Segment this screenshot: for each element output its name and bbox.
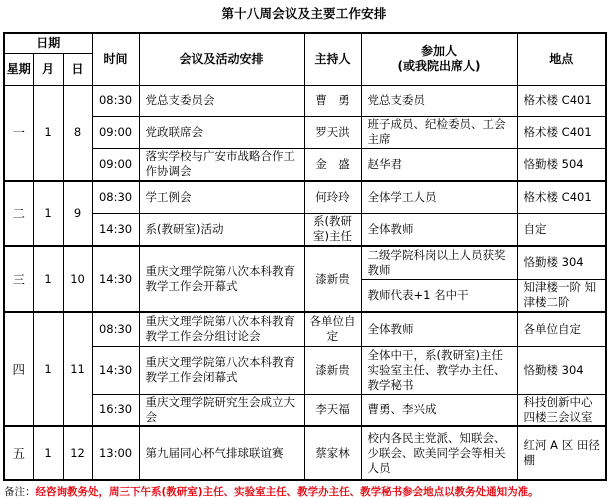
meeting-cell: 落实学校与广安市战略合作工作协调会 [139, 148, 304, 181]
meeting-cell: 重庆文理学院第八次本科教育教学工作会开幕式 [139, 246, 304, 312]
weekday-cell: 一 [4, 85, 33, 181]
month-cell: 1 [33, 181, 63, 246]
table-row: 一 1 8 08:30 党总支委员会 曹 勇 党总支委员 格术楼 C401 [4, 85, 606, 116]
host-cell: 李天福 [304, 394, 361, 426]
weekday-cell: 五 [4, 426, 33, 480]
day-cell: 8 [63, 85, 92, 181]
meeting-cell: 学工例会 [139, 181, 304, 213]
table-row: 16:30 重庆文理学院研究生会成立大会 李天福 曹勇、李兴成 科技创新中心四楼… [4, 394, 606, 426]
time-cell: 08:30 [92, 85, 139, 116]
meeting-cell: 重庆文理学院研究生会成立大会 [139, 394, 304, 426]
location-cell: 自定 [517, 213, 606, 246]
host-cell: 何玲玲 [304, 181, 361, 213]
location-cell: 恪勤楼 304 [517, 346, 606, 394]
time-cell: 08:30 [92, 181, 139, 213]
table-row: 09:00 落实学校与广安市战略合作工作协调会 金 盛 赵华君 恪勤楼 504 [4, 148, 606, 181]
header-host: 主持人 [304, 33, 361, 85]
footer-note: 备注：经咨询教务处，周三下午系(教研室)主任、实验室主任、教学办主任、教学秘书参… [4, 484, 608, 499]
header-month: 月 [33, 53, 63, 85]
time-cell: 14:30 [92, 246, 139, 312]
page-title: 第十八周会议及主要工作安排 [0, 4, 608, 22]
attendees-cell: 党总支委员 [361, 85, 517, 116]
footer-text: 经咨询教务处，周三下午系(教研室)主任、实验室主任、教学办主任、教学秘书参会地点… [36, 486, 539, 498]
table-row: 二 1 9 08:30 学工例会 何玲玲 全体学工人员 格术楼 C401 [4, 181, 606, 213]
time-cell: 09:00 [92, 148, 139, 181]
day-cell: 10 [63, 246, 92, 312]
weekday-cell: 四 [4, 312, 33, 426]
header-location: 地点 [517, 33, 606, 85]
meeting-cell: 党政联席会 [139, 116, 304, 148]
footer-label: 备注： [4, 486, 36, 498]
host-cell: 各单位自定 [304, 312, 361, 346]
attendees-cell: 全体教师 [361, 213, 517, 246]
table-row: 14:30 系(教研室)活动 系(教研室)主任 全体教师 自定 [4, 213, 606, 246]
header-attendees: 参加人 (或我院出席人) [361, 33, 517, 85]
time-cell: 14:30 [92, 213, 139, 246]
header-time: 时间 [92, 33, 139, 85]
month-cell: 1 [33, 312, 63, 426]
time-cell: 09:00 [92, 116, 139, 148]
day-cell: 12 [63, 426, 92, 480]
table-row: 四 1 11 08:30 重庆文理学院第八次本科教育教学工作会分组讨论会 各单位… [4, 312, 606, 346]
location-cell: 恪勤楼 304 [517, 246, 606, 279]
attendees-cell: 全体教师 [361, 312, 517, 346]
table-row: 09:00 党政联席会 罗天洪 班子成员、纪检委员、工会主席 格术楼 C401 [4, 116, 606, 148]
month-cell: 1 [33, 246, 63, 312]
meeting-cell: 第九届同心杯气排球联谊赛 [139, 426, 304, 480]
attendees-cell: 全体中干，系(教研室)主任实验室主任、教学办主任、教学秘书 [361, 346, 517, 394]
header-date-group: 日期 [4, 33, 92, 53]
location-cell: 各单位自定 [517, 312, 606, 346]
attendees-cell: 班子成员、纪检委员、工会主席 [361, 116, 517, 148]
location-cell: 格术楼 C401 [517, 85, 606, 116]
table-row: 三 1 10 14:30 重庆文理学院第八次本科教育教学工作会开幕式 漆新贵 二… [4, 246, 606, 279]
month-cell: 1 [33, 426, 63, 480]
attendees-cell: 校内各民主党派、知联会、少联会、欧美同学会等相关人员 [361, 426, 517, 480]
meeting-cell: 重庆文理学院第八次本科教育教学工作会分组讨论会 [139, 312, 304, 346]
table-row: 五 1 12 13:00 第九届同心杯气排球联谊赛 蔡家林 校内各民主党派、知联… [4, 426, 606, 480]
month-cell: 1 [33, 85, 63, 181]
location-cell: 知津楼一阶 知津楼二阶 [517, 279, 606, 312]
header-attendees-line2: (或我院出席人) [365, 59, 514, 74]
host-cell: 曹 勇 [304, 85, 361, 116]
day-cell: 9 [63, 181, 92, 246]
location-cell: 格术楼 C401 [517, 116, 606, 148]
meeting-cell: 重庆文理学院第八次本科教育教学工作会闭幕式 [139, 346, 304, 394]
schedule-table: 日期 时间 会议及活动安排 主持人 参加人 (或我院出席人) 地点 星期 月 日… [3, 32, 607, 481]
time-cell: 16:30 [92, 394, 139, 426]
attendees-cell: 教师代表+1 名中干 [361, 279, 517, 312]
time-cell: 14:30 [92, 346, 139, 394]
header-weekday: 星期 [4, 53, 33, 85]
time-cell: 13:00 [92, 426, 139, 480]
weekday-cell: 二 [4, 181, 33, 246]
weekday-cell: 三 [4, 246, 33, 312]
host-cell: 漆新贵 [304, 346, 361, 394]
location-cell: 恪勤楼 504 [517, 148, 606, 181]
attendees-cell: 赵华君 [361, 148, 517, 181]
host-cell: 系(教研室)主任 [304, 213, 361, 246]
day-cell: 11 [63, 312, 92, 426]
location-cell: 红河 A 区 田径棚 [517, 426, 606, 480]
host-cell: 罗天洪 [304, 116, 361, 148]
location-cell: 格术楼 C401 [517, 181, 606, 213]
host-cell: 漆新贵 [304, 246, 361, 312]
attendees-cell: 曹勇、李兴成 [361, 394, 517, 426]
host-cell: 蔡家林 [304, 426, 361, 480]
header-day: 日 [63, 53, 92, 85]
host-cell: 金 盛 [304, 148, 361, 181]
location-cell: 科技创新中心四楼三会议室 [517, 394, 606, 426]
table-row: 14:30 重庆文理学院第八次本科教育教学工作会闭幕式 漆新贵 全体中干，系(教… [4, 346, 606, 394]
header-attendees-line1: 参加人 [365, 44, 514, 59]
attendees-cell: 二级学院科岗以上人员获奖教师 [361, 246, 517, 279]
attendees-cell: 全体学工人员 [361, 181, 517, 213]
meeting-cell: 系(教研室)活动 [139, 213, 304, 246]
time-cell: 08:30 [92, 312, 139, 346]
meeting-cell: 党总支委员会 [139, 85, 304, 116]
header-meeting: 会议及活动安排 [139, 33, 304, 85]
